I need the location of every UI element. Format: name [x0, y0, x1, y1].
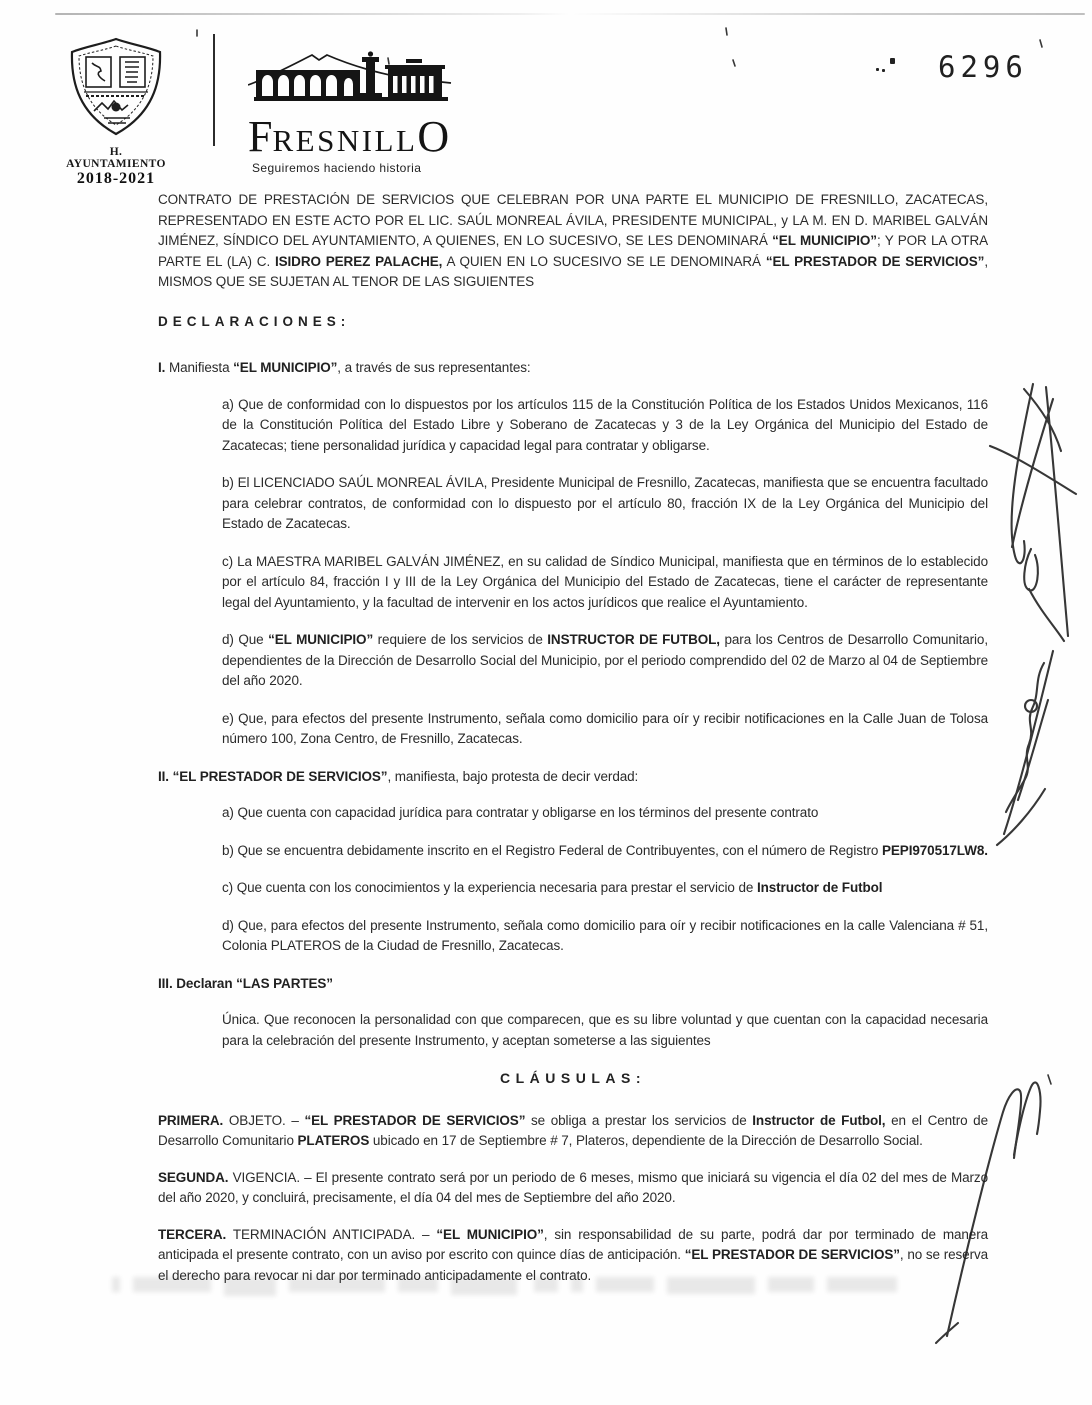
folio-number: 6296	[938, 50, 1028, 84]
section-1-heading: I. Manifiesta “EL MUNICIPIO”, a través d…	[158, 358, 988, 379]
clause-segunda: SEGUNDA. VIGENCIA. – El presente contrat…	[158, 1168, 988, 1209]
crest-years: 2018-2021	[60, 170, 172, 188]
section-1-item-c: c) La MAESTRA MARIBEL GALVÁN JIMÉNEZ, en…	[222, 552, 988, 614]
declaraciones-heading: DECLARACIONES:	[158, 312, 988, 333]
section-2-item-a: a) Que cuenta con capacidad jurídica par…	[222, 803, 988, 824]
contract-body: CONTRATO DE PRESTACIÓN DE SERVICIOS QUE …	[158, 190, 988, 1302]
section-1-item-d: d) Que “EL MUNICIPIO” requiere de los se…	[222, 630, 988, 692]
bleed-through-artifact	[112, 1277, 968, 1307]
margin-scribble-top-right	[990, 384, 1076, 641]
crest-caption: H. AYUNTAMIENTO	[60, 146, 172, 170]
logo-letter-o: O	[417, 112, 449, 161]
logo-letters-mid: RESNILL	[272, 123, 417, 158]
fresnillo-logo: FRESNILLO Seguiremos haciendo historia	[248, 48, 478, 175]
logo-tagline: Seguiremos haciendo historia	[252, 161, 478, 175]
section-3-heading: III. Declaran “LAS PARTES”	[158, 974, 988, 995]
logo-letter-f: F	[248, 112, 272, 161]
logo-wordmark: FRESNILLO	[248, 115, 478, 159]
margin-handwriting-word	[997, 651, 1053, 845]
section-1-item-e: e) Que, para efectos del presente Instru…	[222, 709, 988, 750]
municipal-coat-of-arms: H. AYUNTAMIENTO 2018-2021	[60, 36, 172, 188]
scan-artifact-line	[55, 13, 1085, 15]
section-1-item-b: b) El LICENCIADO SAÚL MONREAL ÁVILA, Pre…	[222, 473, 988, 535]
section-2-item-c: c) Que cuenta con los conocimientos y la…	[222, 878, 988, 899]
header-divider	[213, 34, 215, 146]
scanned-contract-page: H. AYUNTAMIENTO 2018-2021	[0, 0, 1092, 1405]
fresnillo-monument-icon	[248, 48, 453, 108]
coat-of-arms-icon	[64, 36, 168, 138]
opening-paragraph: CONTRATO DE PRESTACIÓN DE SERVICIOS QUE …	[158, 190, 988, 293]
clausulas-heading: CLÁUSULAS:	[158, 1068, 988, 1089]
clause-primera: PRIMERA. OBJETO. – “EL PRESTADOR DE SERV…	[158, 1111, 988, 1152]
unica-paragraph: Única. Que reconocen la personalidad con…	[222, 1010, 988, 1051]
section-1-item-a: a) Que de conformidad con lo dispuestos …	[222, 395, 988, 457]
section-2-item-b: b) Que se encuentra debidamente inscrito…	[222, 841, 988, 862]
section-2-heading: II. “EL PRESTADOR DE SERVICIOS”, manifie…	[158, 767, 988, 788]
stamp-dots	[876, 58, 900, 74]
section-2-item-d: d) Que, para efectos del presente Instru…	[222, 916, 988, 957]
